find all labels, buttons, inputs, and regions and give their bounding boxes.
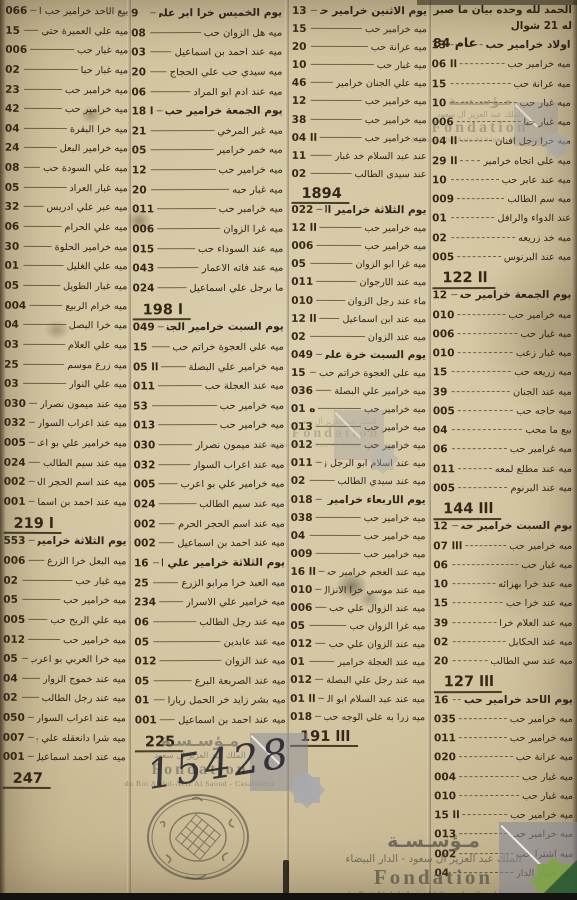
entry-value: 010 — [291, 295, 313, 306]
entry-value: 050 — [3, 713, 25, 724]
dash-line — [160, 719, 175, 720]
ledger-row: ميه شرا دانعقله علي بو عزالهم007 — [3, 732, 126, 752]
entry-value: 25 — [134, 578, 150, 589]
ledger-row: ميه عند العجلة حب011 — [133, 381, 284, 401]
entry-text: ميه سيدي حب علي الحجاج — [170, 68, 283, 79]
dash-line — [452, 564, 518, 565]
entry-text: ميه خرامير حب — [510, 830, 573, 840]
dash-line — [316, 444, 361, 445]
entry-text: ميه عند الجنان — [513, 387, 572, 397]
entry-value: 006 — [433, 329, 455, 340]
entry-text: ميه غرا الزوان — [223, 225, 283, 235]
dash-line — [157, 267, 198, 268]
entry-value: 9 — [131, 8, 147, 19]
entry-value: 15 — [291, 368, 307, 379]
entry-text: ميه زرع موسم — [67, 361, 127, 371]
day-header-row: يوم السبت خرامير الجنان049 — [133, 322, 284, 342]
ledger-row: ميه خرامير حب006 — [291, 241, 426, 259]
ledger-row: ميه عند اعراب السوار032 — [133, 459, 284, 479]
dash-line — [28, 756, 34, 757]
ledger-row: ميه خرامير حب15 اا — [434, 810, 573, 830]
dash-line — [459, 775, 519, 776]
dash-line — [453, 872, 513, 873]
dash-line — [23, 265, 63, 266]
ledger-row: ميه عند سي الطالب20 — [434, 656, 573, 676]
entry-value: 25 — [4, 359, 20, 370]
entry-text: ميه غرا الزوان حب — [349, 622, 425, 632]
entry-text: ميه غبار حب — [77, 46, 128, 56]
dash-line — [310, 480, 335, 481]
dash-line — [23, 363, 64, 364]
ledger-row: ميه عند الجنان39 — [433, 386, 572, 406]
ledger-row: ميه عند رجل الطالب06 — [134, 616, 285, 636]
entry-text: ميه سم الطالب — [507, 195, 571, 205]
entry-value: 10 — [432, 175, 448, 186]
dash-line — [452, 525, 458, 526]
ledger-row: ميه بشر زايد خر الحمل ريارا01 — [135, 695, 286, 715]
dash-line — [452, 448, 507, 449]
day-header-row: اولاد خرامير حب13 — [432, 40, 571, 60]
dash-line — [452, 429, 522, 430]
dash-line — [28, 619, 47, 620]
entry-value: 12 — [132, 165, 148, 176]
entry-text: ميه غبار حب — [522, 792, 573, 802]
ledger-row: ميه غبر المرخي21 — [132, 125, 283, 145]
entry-value: 32 — [5, 202, 21, 213]
dash-line — [451, 179, 499, 180]
dash-line — [316, 517, 361, 518]
dash-line — [157, 228, 220, 229]
entry-value: 006 — [432, 117, 454, 128]
dash-line — [311, 155, 332, 156]
dash-line — [316, 426, 361, 427]
entry-text: ميه خرامير حب — [365, 134, 427, 144]
dash-line — [151, 169, 216, 170]
dash-line — [451, 294, 457, 295]
dash-line — [150, 91, 190, 92]
ledger-row: ميه عند عابدين05 — [134, 636, 285, 656]
ledger-row: ميه عند البرنوس005 — [432, 252, 571, 272]
ledger-row: ميه خمار الدار04 — [434, 868, 573, 888]
ledger-row: ميه غرامير حب06 — [433, 444, 572, 464]
ledger-row: ميه عند الزوان012 — [134, 656, 285, 676]
entry-text: اولاد خرامير حب — [485, 40, 570, 51]
entry-text: ميه غبار حب — [522, 772, 573, 782]
entry-value: 011 — [434, 733, 456, 744]
entry-text: ميه غبار حبا — [523, 118, 571, 128]
entry-value: 06 — [131, 87, 147, 98]
entry-text: ميه عند اعراب السوار — [193, 460, 285, 470]
entry-text: ميه خرامير حب — [365, 97, 427, 107]
entry-text: ميه خرامير علي البصلة — [334, 387, 426, 397]
entry-value: 23 — [5, 84, 21, 95]
dash-line — [29, 403, 37, 404]
entry-text: ميه علي العميرة حتي — [41, 27, 128, 37]
ledger-column-2: يوم الخميس خرا ابر علي البطل9ميه هل الزو… — [131, 8, 286, 755]
dash-line — [24, 128, 67, 129]
dash-line — [316, 390, 332, 391]
ledger-row: ميه عند احمد اسماعيل001 — [3, 752, 126, 772]
entry-text: ميه خرامير حب — [364, 242, 426, 252]
entry-text: ميه غبار حب — [377, 61, 427, 71]
dash-line — [153, 582, 178, 583]
entry-text: ميه خرامير البعل — [60, 144, 128, 154]
dash-line — [309, 625, 346, 626]
entry-text: ميه هل الزوان حب — [204, 28, 282, 38]
dash-line — [316, 299, 345, 300]
entry-value: 10 — [292, 60, 308, 71]
dash-line — [153, 621, 196, 622]
entry-text: ميه عند العجلة خرامير — [337, 658, 425, 668]
entry-value: 39 — [433, 387, 449, 398]
ledger-row: ميه علي العجوة خراتم حب15 — [291, 368, 426, 386]
total-value: 198 ا — [133, 303, 191, 321]
scan-bottom-border — [0, 893, 577, 900]
entry-text: ميه خرامير الحلوة — [55, 243, 128, 253]
dash-line — [23, 383, 66, 384]
entry-value: 002 — [434, 849, 456, 860]
entry-text: ميه خرا البصل — [69, 321, 127, 331]
ledger-row: ميه عند فاته الاعمار043 — [132, 263, 283, 283]
dash-line — [24, 226, 62, 227]
entry-text: ميه العبد خرا مرابو الزرع — [181, 578, 285, 589]
dash-line — [463, 814, 507, 815]
dash-line — [458, 410, 513, 411]
dash-line — [315, 643, 326, 644]
ledger-row: ميه سيدي حب علي الحجاج20 — [131, 67, 282, 87]
dash-line — [24, 69, 78, 70]
dash-line — [150, 12, 156, 13]
day-header-row: يوم الجمعة خرامير حب علي الجنان18 ا — [132, 106, 283, 126]
entry-text: ميه حاجه حب — [516, 407, 572, 417]
ledger-row: ميه غبار حب06 — [433, 560, 572, 580]
ledger-row: ميه عند سيدي الطالب02 — [291, 476, 426, 494]
ledger-row: ميه خرامير البعل24 — [5, 143, 128, 163]
dash-line — [315, 679, 323, 680]
entry-value: 009 — [432, 194, 454, 205]
entry-text: ميه عند الزوان — [225, 657, 286, 667]
entry-value: 01 — [4, 261, 20, 272]
entry-value: 12 — [432, 290, 448, 301]
total-value: 219 ا — [4, 516, 62, 534]
entry-value: 035 — [434, 714, 456, 725]
entry-text: عند عبد السلام خد غبار — [335, 152, 427, 162]
ledger-row: ميه عند احمد بن اسماعيل03 — [131, 47, 282, 67]
dash-line — [310, 263, 352, 264]
entry-text: ميه غرا ابو الزوان — [355, 260, 426, 270]
entry-value: 001 — [4, 497, 26, 508]
dash-line — [159, 542, 174, 543]
entry-text: ميه خرامير حب — [364, 441, 426, 451]
dash-line — [320, 137, 362, 138]
dash-line — [28, 560, 44, 561]
entry-text: ميه خرامير حب — [507, 60, 570, 70]
dash-line — [154, 700, 165, 701]
ledger-row: ميه خرامير حب12 اا — [291, 223, 426, 241]
entry-value: 006 — [5, 45, 27, 56]
dash-line — [453, 660, 488, 661]
entry-value: 012 — [290, 639, 312, 650]
entry-text: ميه خرامير حب — [364, 550, 426, 560]
dash-line — [320, 317, 340, 318]
dash-line — [161, 366, 185, 367]
dash-line — [24, 206, 44, 207]
entry-value: 012 — [290, 675, 312, 686]
ledger-row: ميه حاجه حب005 — [433, 406, 572, 426]
entry-text: يوم السبت خرة علي الجنان — [325, 350, 426, 361]
entry-text: يوم الأحد خرامير حب — [464, 694, 573, 705]
day-header-row: يوم السبت خرة علي الجنان049 — [291, 350, 426, 368]
entry-value: 013 — [291, 422, 313, 433]
entry-text: ميه غبار العراد — [69, 184, 127, 194]
entry-text: عند سيدي الطالب — [355, 170, 427, 180]
ledger-row: ميه عند اعراب السوار032 — [4, 418, 127, 438]
ledger-row: ميه خرامير حب011 — [434, 733, 573, 753]
entry-text: ما برجل علي اسماعيل — [189, 284, 283, 294]
ledger-row: ميه عند الزوان02 — [291, 332, 426, 350]
entry-value: 009 — [291, 549, 313, 560]
dash-line — [458, 487, 508, 488]
ledger-row: ميه عند خموج الزوار04 — [3, 674, 126, 694]
entry-text: ميه خرامير حب — [63, 596, 126, 606]
entry-value: 06 اا — [432, 59, 458, 70]
ledger-row: ميه خرامير حب04 اا — [292, 132, 427, 150]
day-header-row: يوم الاثنين خرامير حب13 — [292, 6, 427, 24]
entry-value: 04 — [434, 868, 450, 879]
dash-line — [151, 189, 229, 190]
total-value: 127 ااا — [434, 675, 502, 693]
dash-line — [150, 71, 166, 72]
entry-value: 06 — [134, 617, 150, 628]
entry-value: 002 — [134, 539, 156, 550]
entry-value: 005 — [134, 480, 156, 491]
dash-line — [152, 346, 170, 347]
entry-text: ميه خرامبر حب — [65, 86, 128, 96]
ledger-row: بيع الأحد خرامير حب العقل066 — [5, 6, 128, 26]
ledger-row: ميه عبر علي ادريس32 — [5, 202, 128, 222]
dash-line — [151, 149, 214, 150]
ledger-row: عند الدواء والرافل01 — [432, 213, 571, 233]
ledger-row: ميه غبار حب02 — [3, 575, 126, 595]
entry-text: ميه خرامير حب — [63, 635, 126, 645]
entry-value: 013 — [133, 421, 155, 432]
entry-text: ميه خرامير حب — [365, 25, 427, 35]
ledger-row: ميه عند البرنوم005 — [433, 483, 572, 503]
entry-value: 42 — [5, 104, 21, 115]
entry-value: 08 — [131, 28, 147, 39]
entry-text: ميه عند الزوان — [368, 333, 426, 343]
total-value: 144 ااا — [433, 502, 501, 520]
dash-line — [158, 424, 217, 425]
entry-value: 002 — [134, 519, 156, 530]
ledger-row: ميه عند العلام خرا39 — [434, 617, 573, 637]
entry-value: 05 — [134, 637, 150, 648]
dash-line — [459, 795, 519, 796]
ledger-row: ميه سم الطالب009 — [432, 194, 571, 214]
dash-line — [22, 579, 72, 580]
dash-line — [29, 422, 35, 423]
entry-text: ميه خرامير حب — [220, 401, 285, 411]
entry-value: 02 — [5, 65, 21, 76]
ledger-row: ميه خرامير حب009 — [291, 549, 426, 567]
dash-line — [29, 501, 35, 502]
day-header-row: يوم السبت خرامير حب12 — [433, 521, 572, 541]
ledger-row: عند عبد السلام خد غبار11 — [292, 151, 427, 169]
ledger-row: ميه خرامير حب012 — [291, 440, 426, 458]
entry-text: ميه عرانة حب — [371, 43, 427, 53]
dash-line — [457, 313, 505, 314]
dash-line — [316, 281, 356, 282]
dash-line — [311, 82, 333, 83]
entry-value: 04 اا — [292, 132, 318, 143]
entry-value: 066 — [5, 6, 27, 17]
entry-text: ميه عند اسم الحجر الحرم — [178, 519, 285, 530]
entry-value: 049 — [291, 350, 313, 361]
entry-text: ميه خرامير علي البصلة — [188, 362, 284, 372]
dash-line — [30, 49, 74, 50]
entry-value: 02 — [291, 476, 307, 487]
ledger-column-3: يوم الاثنين خرامير حب13ميه خرامير حب15مي… — [290, 6, 427, 748]
entry-value: 018 — [291, 494, 313, 505]
entry-value: 38 — [292, 114, 308, 125]
ledger-row: ميه عند رجل الطالب02 — [3, 693, 126, 713]
entry-text: ميه علي السودة حب — [43, 164, 128, 174]
entry-value: 24 — [5, 143, 21, 154]
ledger-row: ميه عند سيم الطالب024 — [134, 499, 285, 519]
entry-text: ميه خمار الدار — [516, 869, 573, 879]
total-row: 127 ااا — [434, 675, 573, 695]
entry-value: 005 — [3, 615, 25, 626]
entry-value: 011 — [133, 381, 155, 392]
ledger-row: ميه غبار حبا006 — [432, 117, 571, 137]
entry-value: 05 — [4, 281, 20, 292]
dash-line — [452, 583, 495, 584]
entry-text: ميه عند عابر حب — [502, 176, 571, 186]
ledger-row: ميه علي السودة حب08 — [5, 163, 128, 183]
dash-line — [316, 209, 322, 210]
entry-value: 011 — [291, 277, 313, 288]
entry-value: 05 — [5, 183, 21, 194]
dash-line — [318, 408, 361, 409]
entry-text: يوم الثلاثة خرامير علي الجنان — [162, 558, 285, 569]
ledger-row: ميه البعل خرا الزرع006 — [3, 556, 126, 576]
dash-line — [459, 718, 507, 719]
entry-text: ميه عند فاته الاعمار — [202, 264, 284, 274]
entry-value: 011 — [291, 458, 313, 469]
ledger-row: ميه عند خرا بهزائه10 — [433, 579, 572, 599]
entry-text: ميه خد زريعه — [518, 233, 571, 243]
dash-line — [24, 167, 40, 168]
ledger-row: ميه غبار حبه20 — [132, 184, 283, 204]
entry-value: 02 — [292, 169, 308, 180]
entry-text: ميه خرامير حب — [364, 532, 426, 542]
dash-line — [157, 287, 186, 288]
entry-value: 012 — [291, 440, 313, 451]
entry-value: 022 — [291, 205, 313, 216]
ledger-row: ميه عند عبد السلام ابو الرجل ريار01 اا — [290, 693, 425, 711]
dash-line — [28, 638, 60, 639]
entry-text: ميه غبر المرخي — [217, 126, 283, 136]
dash-line — [311, 64, 374, 65]
dash-line — [320, 227, 362, 228]
entry-text: ميه خرامير حب — [510, 811, 573, 821]
entry-value: 049 — [133, 323, 155, 334]
ledger-row: ميه خرامير علي البصلة05 اا — [133, 361, 284, 381]
entry-value: 15 — [5, 25, 21, 36]
total-row: 1894 — [291, 187, 426, 205]
ledger-row: ميه عند الزوال علي حب006 — [290, 603, 425, 621]
entry-text: يوم الثلاثة خرامير علي الجنان — [37, 536, 126, 547]
ledger-row: ميه علي الحرام06 — [5, 222, 128, 242]
dash-line — [158, 326, 164, 327]
ledger-row: ميه غبار الطويل05 — [4, 281, 127, 301]
entry-text: ميه عند خموج الزوار — [43, 675, 126, 685]
ledger-row: ميه خرامير الحلوة30 — [4, 241, 127, 261]
dash-line — [316, 462, 322, 463]
entry-value: 006 — [132, 224, 154, 235]
dash-line — [23, 285, 60, 286]
ledger-row: ميه خرامير علي بو اعرب005 — [4, 438, 127, 458]
entry-value: 05 — [135, 676, 151, 687]
entry-text: ميه خرامير حب — [218, 166, 283, 176]
dash-line — [452, 602, 502, 603]
entry-value: 010 — [434, 791, 456, 802]
entry-text: ميه عند اعراب السوار — [37, 714, 126, 724]
entry-text: ميه علي العجوة خراتم حب — [172, 342, 284, 353]
entry-text: ميه علي العجوة خراتم حب — [319, 369, 426, 379]
ledger-row: ميه غبار حب004 — [434, 771, 573, 791]
ledger-row: ميه غبار زعب010 — [433, 348, 572, 368]
entry-value: 005 — [433, 483, 455, 494]
entry-text: يوم الخميس خرا ابر علي البطل — [159, 8, 282, 19]
ledger-row: ميه خرامير حب013 — [133, 420, 284, 440]
entry-value: 002 — [4, 477, 26, 488]
entry-value: 03 — [4, 379, 20, 390]
dash-line — [24, 29, 38, 30]
entry-value: 05 اا — [133, 362, 159, 373]
entry-value: 10 — [433, 579, 449, 590]
entry-value: 011 — [132, 205, 154, 216]
dash-line — [315, 716, 321, 717]
dash-line — [451, 217, 494, 218]
dash-line — [310, 336, 365, 337]
entry-value: 01 — [290, 657, 306, 668]
ledger-row: ميه خرامير حب53 — [133, 400, 284, 420]
entry-text: ميه عند العلام خرا — [499, 618, 572, 628]
dash-line — [158, 484, 177, 485]
day-header-row: يوم الأربعاء خرامير علي الجنان018 — [291, 494, 426, 512]
entry-value: 012 — [3, 634, 25, 645]
dash-line — [316, 498, 322, 499]
entry-text: يوم السبت خرامير الجنان — [167, 322, 284, 333]
ledger-row: ميه عند الزوان علي حب012 — [290, 639, 425, 657]
ledger-row: ميه عند الصربعة البرع05 — [135, 675, 286, 695]
entry-value: 004 — [434, 772, 456, 783]
entry-value: 06 — [433, 560, 449, 571]
entry-value: 004 — [4, 300, 26, 311]
entry-text: ميه خرا رجل افنان — [495, 137, 571, 147]
ledger-row: ميه عند مطلع لمعه011 — [433, 463, 572, 483]
entry-value: 02 — [3, 693, 19, 704]
entry-text: ميه علي العلام — [68, 341, 127, 351]
entry-text: ميه غبار حب — [75, 577, 126, 587]
dash-line — [319, 697, 325, 698]
entry-value: 007 — [3, 732, 25, 743]
entry-value: 02 — [432, 233, 448, 244]
dash-line — [29, 442, 35, 443]
entry-value: 08 — [5, 163, 21, 174]
entry-text: ميه شرا دانعقله علي بو عزالهم — [37, 734, 126, 744]
